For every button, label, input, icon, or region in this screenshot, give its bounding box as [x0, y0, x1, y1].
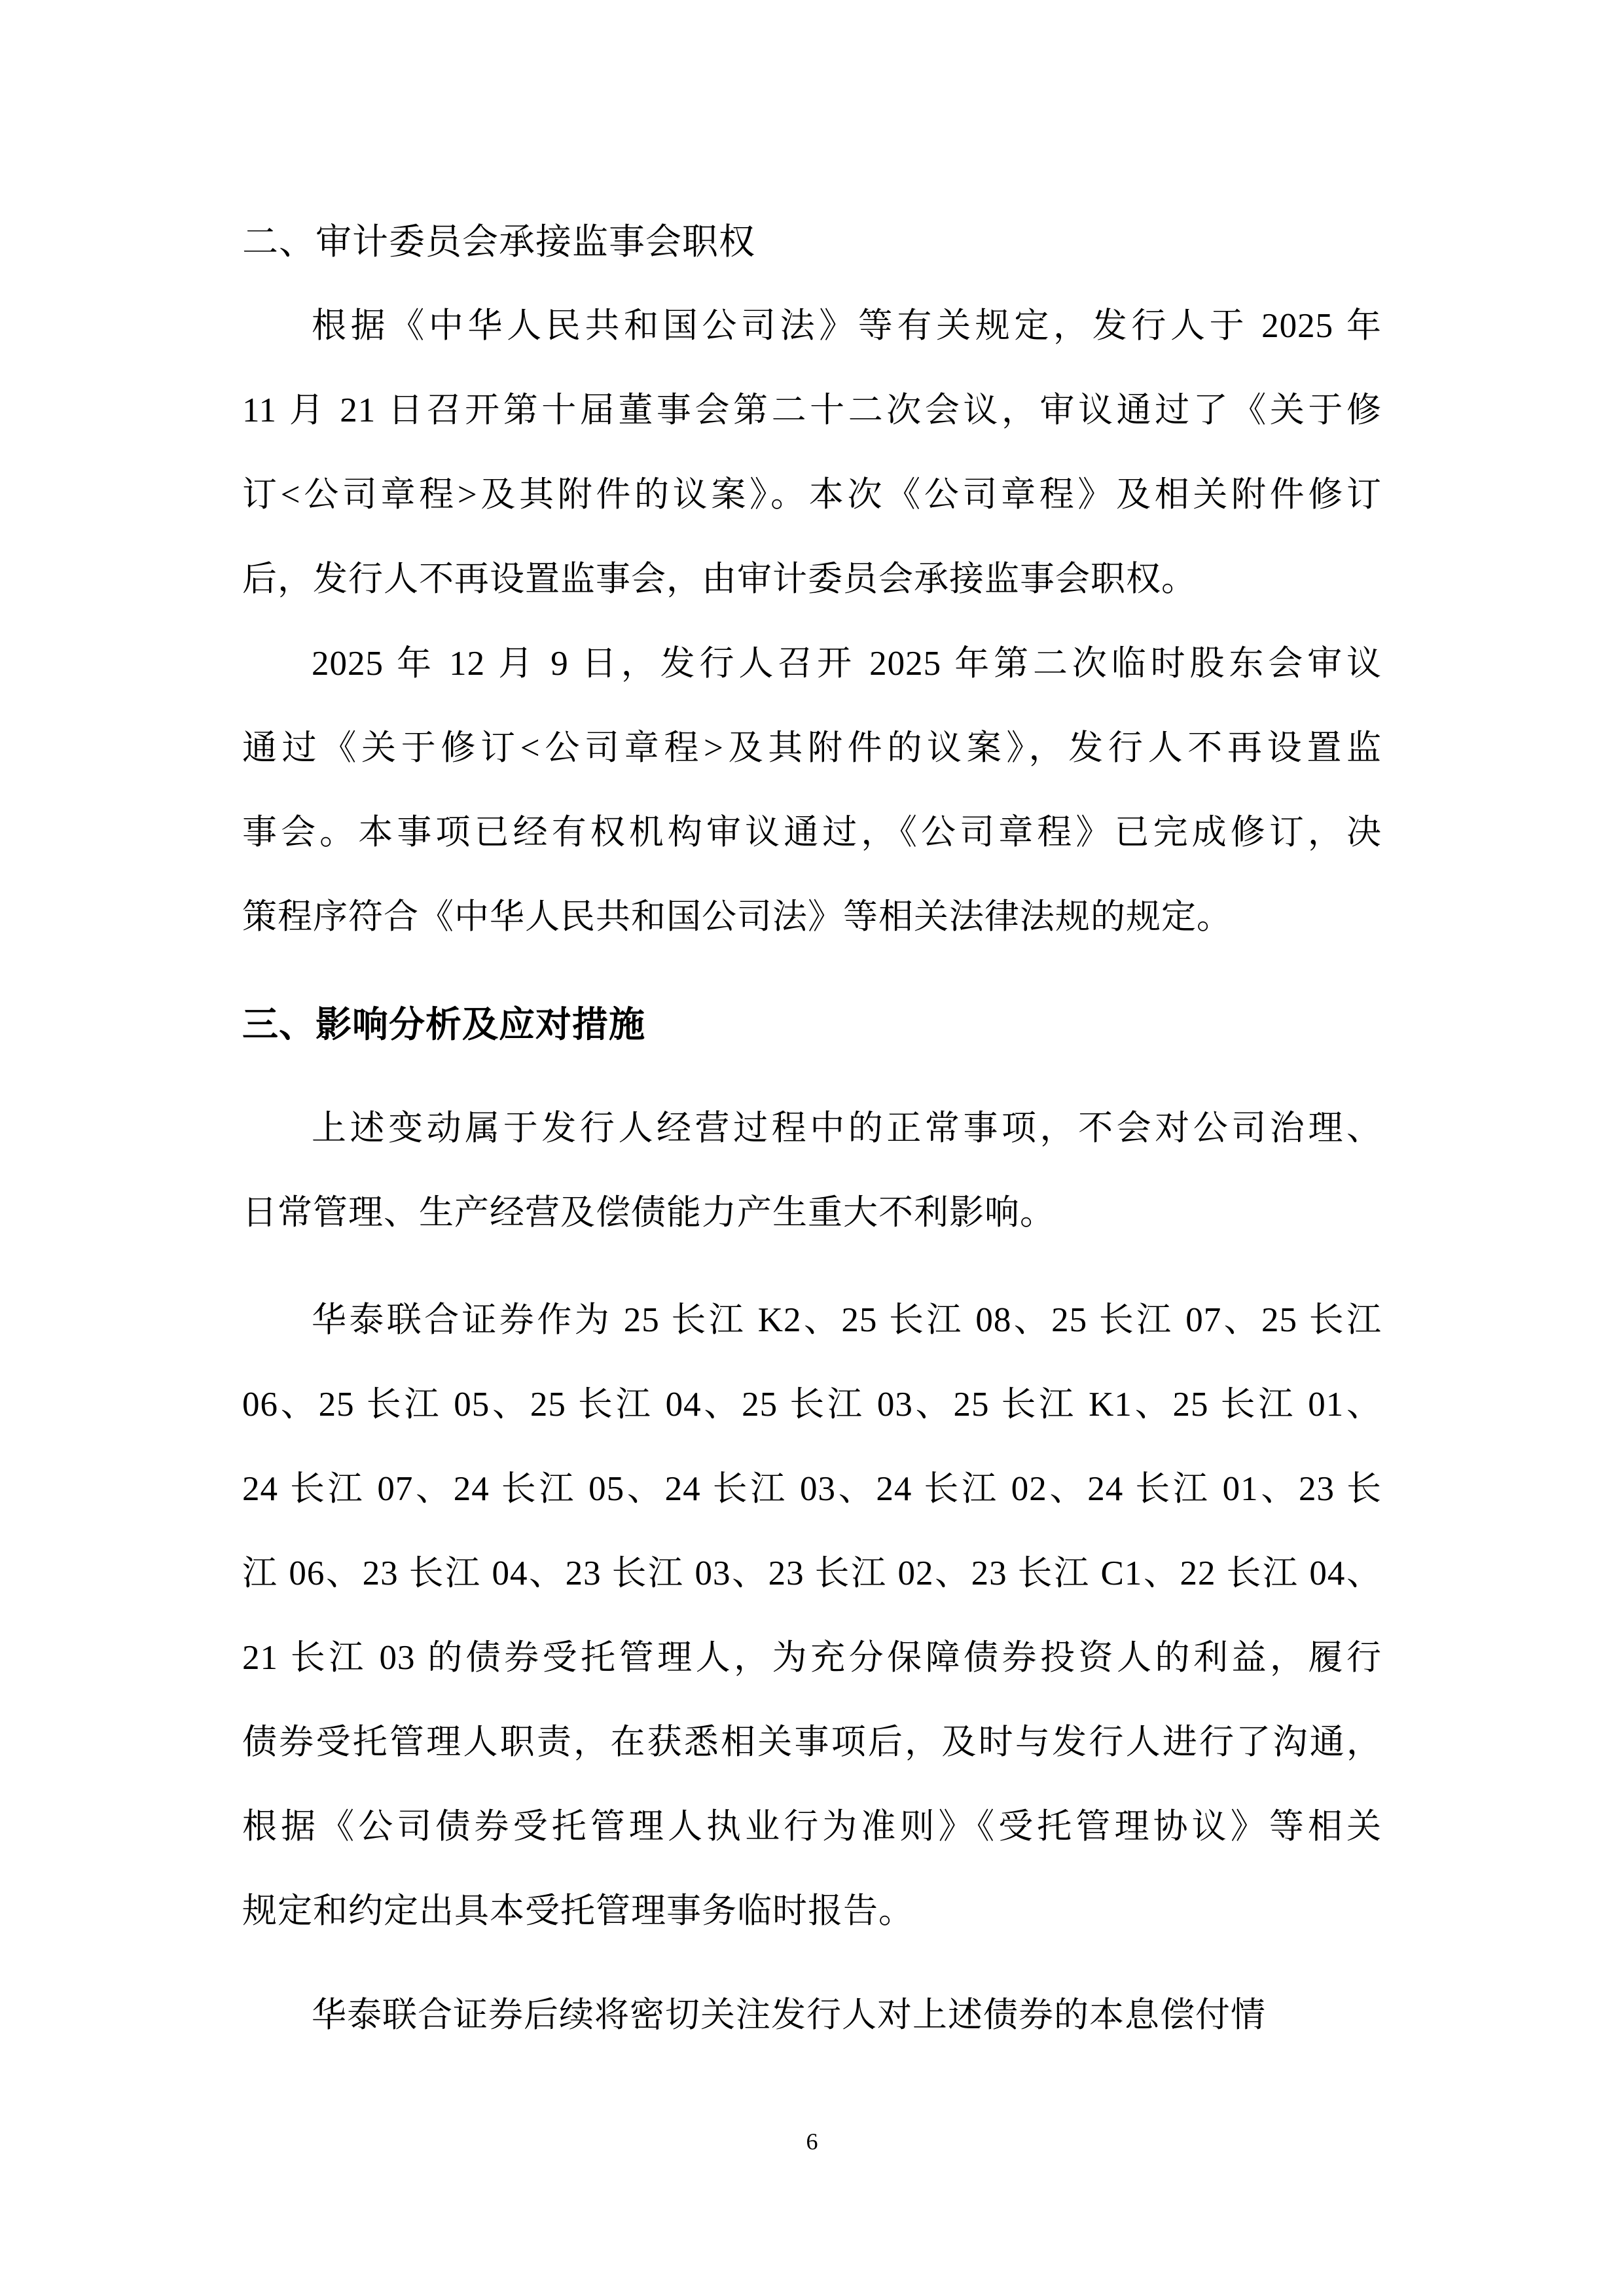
- heading-section-2: 二、审计委员会承接监事会职权: [242, 200, 1382, 284]
- page-body: 二、审计委员会承接监事会职权 根据《中华人民共和国公司法》等有关规定，发行人于 …: [242, 200, 1382, 2058]
- body-line: 华泰联合证券作为 25 长江 K2、25 长江 08、25 长江 07、25 长…: [242, 1278, 1382, 1363]
- body-line: 后，发行人不再设置监事会，由审计委员会承接监事会职权。: [242, 537, 1382, 622]
- body-line: 策程序符合《中华人民共和国公司法》等相关法律法规的规定。: [242, 875, 1382, 960]
- body-line: 根据《公司债券受托管理人执业行为准则》《受托管理协议》等相关: [242, 1785, 1382, 1869]
- body-line: 上述变动属于发行人经营过程中的正常事项，不会对公司治理、: [242, 1086, 1382, 1171]
- body-line: 江 06、23 长江 04、23 长江 03、23 长江 02、23 长江 C1…: [242, 1532, 1382, 1616]
- body-line: 2025 年 12 月 9 日，发行人召开 2025 年第二次临时股东会审议: [242, 622, 1382, 706]
- body-line: 华泰联合证券后续将密切关注发行人对上述债券的本息偿付情: [242, 1973, 1382, 2058]
- body-line: 24 长江 07、24 长江 05、24 长江 03、24 长江 02、24 长…: [242, 1447, 1382, 1532]
- body-line: 06、25 长江 05、25 长江 04、25 长江 03、25 长江 K1、2…: [242, 1363, 1382, 1447]
- body-line: 11 月 21 日召开第十届董事会第二十二次会议，审议通过了《关于修: [242, 368, 1382, 453]
- body-line: 日常管理、生产经营及偿债能力产生重大不利影响。: [242, 1171, 1382, 1255]
- body-line: 根据《中华人民共和国公司法》等有关规定，发行人于 2025 年: [242, 284, 1382, 368]
- body-line: 通过《关于修订<公司章程>及其附件的议案》，发行人不再设置监: [242, 706, 1382, 791]
- body-line: 规定和约定出具本受托管理事务临时报告。: [242, 1869, 1382, 1954]
- page-number: 6: [0, 2128, 1624, 2155]
- body-line: 21 长江 03 的债券受托管理人，为充分保障债券投资人的利益，履行: [242, 1616, 1382, 1700]
- document-page: 二、审计委员会承接监事会职权 根据《中华人民共和国公司法》等有关规定，发行人于 …: [0, 0, 1624, 2296]
- body-line: 债券受托管理人职责，在获悉相关事项后，及时与发行人进行了沟通，: [242, 1700, 1382, 1785]
- body-line: 事会。本事项已经有权机构审议通过，《公司章程》已完成修订，决: [242, 791, 1382, 875]
- heading-section-3: 三、影响分析及应对措施: [242, 982, 1382, 1067]
- body-line: 订<公司章程>及其附件的议案》。本次《公司章程》及相关附件修订: [242, 453, 1382, 537]
